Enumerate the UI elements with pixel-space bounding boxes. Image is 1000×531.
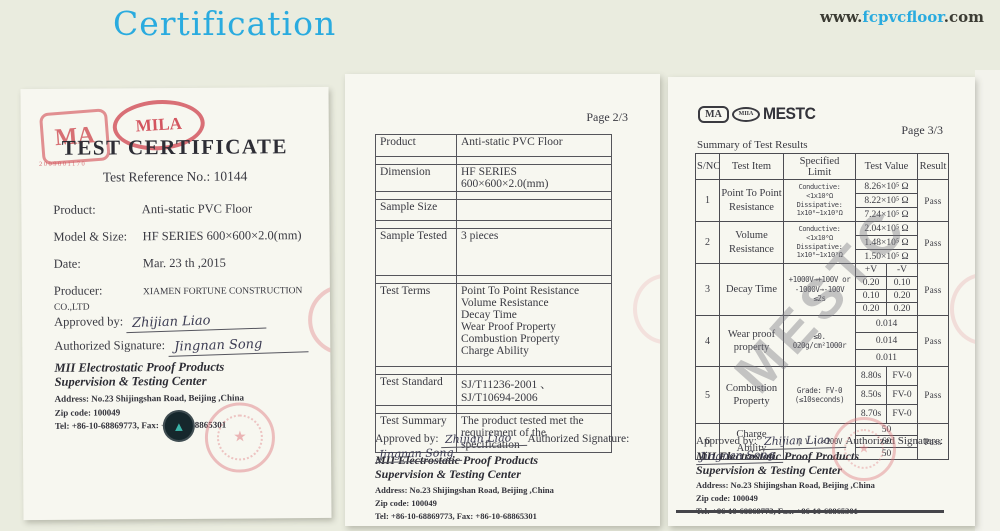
result-row-2: 2 Volume Resistance Conductive: <1x10⁶Ω … — [696, 222, 949, 236]
value-col-header: -V — [887, 264, 918, 277]
test-item: Combustion Property — [720, 367, 784, 424]
field-value: HF SERIES 600×600×2.0(mm) — [143, 228, 302, 243]
approved-label: Approved by: — [54, 314, 123, 328]
red-round-stamp: ★ — [832, 417, 896, 481]
table-row: Dimension HF SERIES 600×600×2.0(mm) — [376, 165, 612, 192]
spacer-row — [376, 367, 612, 375]
result-value: Pass — [918, 222, 949, 264]
website-url[interactable]: www.fcpvcfloor.com — [820, 8, 984, 26]
org-line2: Supervision & Testing Center — [375, 468, 538, 482]
test-value: 1.50×10⁵ Ω — [856, 250, 918, 264]
partial-stamp-edge — [633, 274, 660, 344]
specified-limit: Grade: FV-0 (≤10seconds) — [784, 367, 856, 424]
header-limit-line2: Limit — [785, 167, 854, 178]
test-value: 2.04×10⁵ Ω — [856, 222, 918, 236]
field-label: Producer: — [54, 283, 140, 299]
spacer-row — [376, 157, 612, 165]
test-value: 1.48×10⁵ Ω — [856, 236, 918, 250]
cma-logo-icon: MA — [698, 106, 729, 123]
spec-table: Product Anti-static PVC Floor Dimension … — [375, 134, 612, 453]
limit-line: <1x10⁶Ω — [785, 192, 854, 201]
authorized-label: Authorized Signature: — [527, 433, 629, 445]
table-row: Test Standard SJ/T11236-2001 、 SJ/T10694… — [376, 375, 612, 406]
table-row: Sample Tested 3 pieces — [376, 229, 612, 276]
certificate-fields: Product: Anti-static PVC Floor Model & S… — [53, 201, 312, 311]
spacer-row — [376, 192, 612, 200]
row-label: Sample Tested — [376, 229, 457, 276]
result-value: Pass — [918, 180, 949, 222]
org-address: Address: No.23 Shijingshan Road, Beijing… — [375, 484, 554, 497]
field-date: Date: Mar. 23 th ,2015 — [54, 255, 312, 284]
results-header-row: S/NO Test Item SpecifiedLimit Test Value… — [696, 154, 949, 180]
approved-label: Approved by: — [375, 433, 439, 445]
certification-seal: ▲ — [163, 410, 195, 442]
row-no: 4 — [696, 316, 720, 367]
test-reference: Test Reference No.: 10144 — [21, 168, 329, 186]
result-value: Pass — [918, 367, 949, 424]
row-label: Sample Size — [376, 200, 457, 221]
field-value: Anti-static PVC Floor — [142, 201, 253, 216]
field-model-size: Model & Size: HF SERIES 600×600×2.0(mm) — [53, 228, 311, 257]
certificate-page-3: MA MIIA MESTC Page 3/3 Summary of Test R… — [668, 77, 975, 526]
field-label: Product: — [53, 202, 139, 218]
test-value: 8.80s — [856, 367, 887, 386]
limit-line: 1x10⁶~1x10⁹Ω — [785, 251, 854, 260]
test-value: FV-0 — [887, 405, 918, 424]
header-limit: SpecifiedLimit — [784, 154, 856, 180]
test-term: Decay Time — [461, 309, 607, 321]
header-result: Result — [918, 154, 949, 180]
org-contact: Address: No.23 Shijingshan Road, Beijing… — [375, 484, 554, 522]
specified-limit: +1000V→+100V or -1000V→-100V ≤2s — [784, 264, 856, 316]
cma-stamp-serial: 2009001170 — [39, 161, 86, 168]
authorized-signature: Jingnan Song — [375, 446, 462, 463]
org-line2: Supervision & Testing Center — [696, 464, 859, 478]
row-value-test-terms: Point To Point Resistance Volume Resista… — [457, 284, 612, 367]
result-row-3: 3 Decay Time +1000V→+100V or -1000V→-100… — [696, 264, 949, 277]
limit-line: ≤0. 020g/cm²1000r — [785, 332, 854, 351]
authorized-signature: Jingnan Song — [168, 335, 308, 357]
org-zip: Zip code: 100049 — [696, 492, 875, 505]
header-value: Test Value — [856, 154, 918, 180]
field-label: Model & Size: — [53, 229, 139, 245]
org-line2: Supervision & Testing Center — [54, 374, 224, 390]
seal-triangle-icon: ▲ — [172, 419, 185, 432]
row-value — [457, 200, 612, 221]
signature-row: Approved by: Zhijian LiaoAuthorized Sign… — [375, 432, 660, 462]
header-sno: S/NO — [696, 154, 720, 180]
test-term: Point To Point Resistance — [461, 285, 607, 297]
test-item: Point To Point Resistance — [720, 180, 784, 222]
test-term: Charge Ability — [461, 345, 607, 357]
test-value: 0.014 — [856, 333, 918, 350]
row-value: Anti-static PVC Floor — [457, 135, 612, 157]
field-value: Mar. 23 th ,2015 — [143, 256, 226, 271]
limit-line: -1000V→-100V — [785, 285, 854, 294]
page-title: Certification — [113, 4, 336, 43]
result-value: Pass — [918, 316, 949, 367]
row-no: 1 — [696, 180, 720, 222]
page-number: Page 3/3 — [901, 123, 943, 138]
row-no: 3 — [696, 264, 720, 316]
row-no: 5 — [696, 367, 720, 424]
header-item: Test Item — [720, 154, 784, 180]
test-value: FV-0 — [887, 386, 918, 405]
spacer-row — [376, 406, 612, 414]
test-value: 8.26×10⁵ Ω — [856, 180, 918, 194]
test-value: 0.20 — [887, 290, 918, 303]
red-round-stamp: ★ — [205, 402, 275, 472]
row-no: 2 — [696, 222, 720, 264]
stamp-star-icon: ★ — [835, 440, 893, 456]
authorized-signature-row: Authorized Signature: Jingnan Song — [54, 337, 308, 356]
org-line1: MII Electrostatic Proof Products — [54, 360, 224, 376]
limit-line: ≤2s — [785, 294, 854, 303]
page-number: Page 2/3 — [586, 110, 628, 125]
limit-line: (≤10seconds) — [785, 395, 854, 404]
specified-limit: ≤0. 020g/cm²1000r — [784, 316, 856, 367]
scan-margin — [975, 70, 1000, 531]
result-value: Pass — [918, 264, 949, 316]
test-value: 0.20 — [856, 303, 887, 316]
site-prefix: www. — [820, 8, 862, 26]
test-value: 0.011 — [856, 350, 918, 367]
row-label: Product — [376, 135, 457, 157]
spacer-row — [376, 276, 612, 284]
scan-edge-line — [676, 510, 944, 513]
limit-line: Dissipative: — [785, 201, 854, 210]
test-item: Wear proof property — [720, 316, 784, 367]
approved-label: Approved by: — [696, 435, 757, 447]
test-value: 8.22×10⁵ Ω — [856, 194, 918, 208]
test-term: Combustion Property — [461, 333, 607, 345]
results-table: S/NO Test Item SpecifiedLimit Test Value… — [695, 153, 949, 460]
authorized-label: Authorized Signature: — [54, 338, 165, 353]
field-label: Date: — [54, 256, 140, 272]
table-row: Test Terms Point To Point Resistance Vol… — [376, 284, 612, 367]
value-col-header: +V — [856, 264, 887, 277]
test-term: Volume Resistance — [461, 297, 607, 309]
row-value: SJ/T11236-2001 、 SJ/T10694-2006 — [457, 375, 612, 406]
result-row-1: 1 Point To Point Resistance Conductive: … — [696, 180, 949, 194]
certificate-page-1: MA 2009001170 MILA TEST CERTIFICATE Test… — [20, 87, 331, 520]
spacer-row — [376, 221, 612, 229]
test-term: Wear Proof Property — [461, 321, 607, 333]
specified-limit: Conductive: <1x10⁶Ω Dissipative: 1x10⁶~1… — [784, 222, 856, 264]
test-item: Decay Time — [720, 264, 784, 316]
test-value: FV-0 — [887, 367, 918, 386]
site-suffix: .com — [944, 8, 984, 26]
result-row-4: 4 Wear proof property ≤0. 020g/cm²1000r … — [696, 316, 949, 333]
row-value: HF SERIES 600×600×2.0(mm) — [457, 165, 612, 192]
test-value: 0.10 — [887, 277, 918, 290]
stamp-star-icon: ★ — [208, 427, 272, 446]
approved-by-row: Approved by: Zhijian Liao — [54, 313, 266, 331]
org-address: Address: No.23 Shijingshan Road, Beijing… — [696, 479, 875, 492]
test-value: 7.24×10⁵ Ω — [856, 208, 918, 222]
limit-line: <1x10⁶Ω — [785, 234, 854, 243]
field-product: Product: Anti-static PVC Floor — [53, 201, 311, 230]
result-row-5: 5 Combustion Property Grade: FV-0 (≤10se… — [696, 367, 949, 386]
summary-title: Summary of Test Results — [697, 139, 808, 151]
org-address: Address: No.23 Shijingshan Road, Beijing… — [55, 392, 244, 407]
miia-logo-icon: MIIA — [732, 107, 760, 122]
test-value: 0.014 — [856, 316, 918, 333]
limit-line: Grade: FV-0 — [785, 386, 854, 395]
mestc-wordmark: MESTC — [763, 104, 815, 124]
field-producer: Producer: XIAMEN FORTUNE CONSTRUCTION CO… — [54, 282, 312, 311]
certificate-title: TEST CERTIFICATE — [21, 134, 329, 161]
header-limit-line1: Specified — [785, 156, 854, 167]
test-value: 0.10 — [856, 290, 887, 303]
partial-stamp-edge — [950, 273, 975, 345]
row-label: Dimension — [376, 165, 457, 192]
row-value: 3 pieces — [457, 229, 612, 276]
limit-line: +1000V→+100V or — [785, 275, 854, 284]
certificate-page-2: Page 2/3 Product Anti-static PVC Floor D… — [345, 74, 660, 526]
org-zip: Zip code: 100049 — [375, 497, 554, 510]
test-value: 8.50s — [856, 386, 887, 405]
test-item: Volume Resistance — [720, 222, 784, 264]
test-value: 0.20 — [856, 277, 887, 290]
specified-limit: Conductive: <1x10⁶Ω Dissipative: 1x10⁶~1… — [784, 180, 856, 222]
limit-line: Conductive: — [785, 183, 854, 192]
limit-line: Dissipative: — [785, 243, 854, 252]
table-row: Sample Size — [376, 200, 612, 221]
row-label: Test Terms — [376, 284, 457, 367]
org-tel: Tel: +86-10-68869773, Fax: +86-10-688653… — [375, 510, 554, 523]
org-name: MII Electrostatic Proof Products Supervi… — [54, 360, 224, 390]
limit-line: 1x10⁶~1x10⁹Ω — [785, 209, 854, 218]
test-value: 0.20 — [887, 303, 918, 316]
row-label: Test Standard — [376, 375, 457, 406]
limit-line: Conductive: — [785, 225, 854, 234]
approved-signature: Zhijian Liao — [126, 312, 266, 334]
table-row: Product Anti-static PVC Floor — [376, 135, 612, 157]
authorized-signature: Jingnan Song — [696, 448, 783, 465]
mestc-logo: MA MIIA MESTC — [698, 104, 820, 124]
site-name: fcpvcfloor — [862, 8, 943, 26]
